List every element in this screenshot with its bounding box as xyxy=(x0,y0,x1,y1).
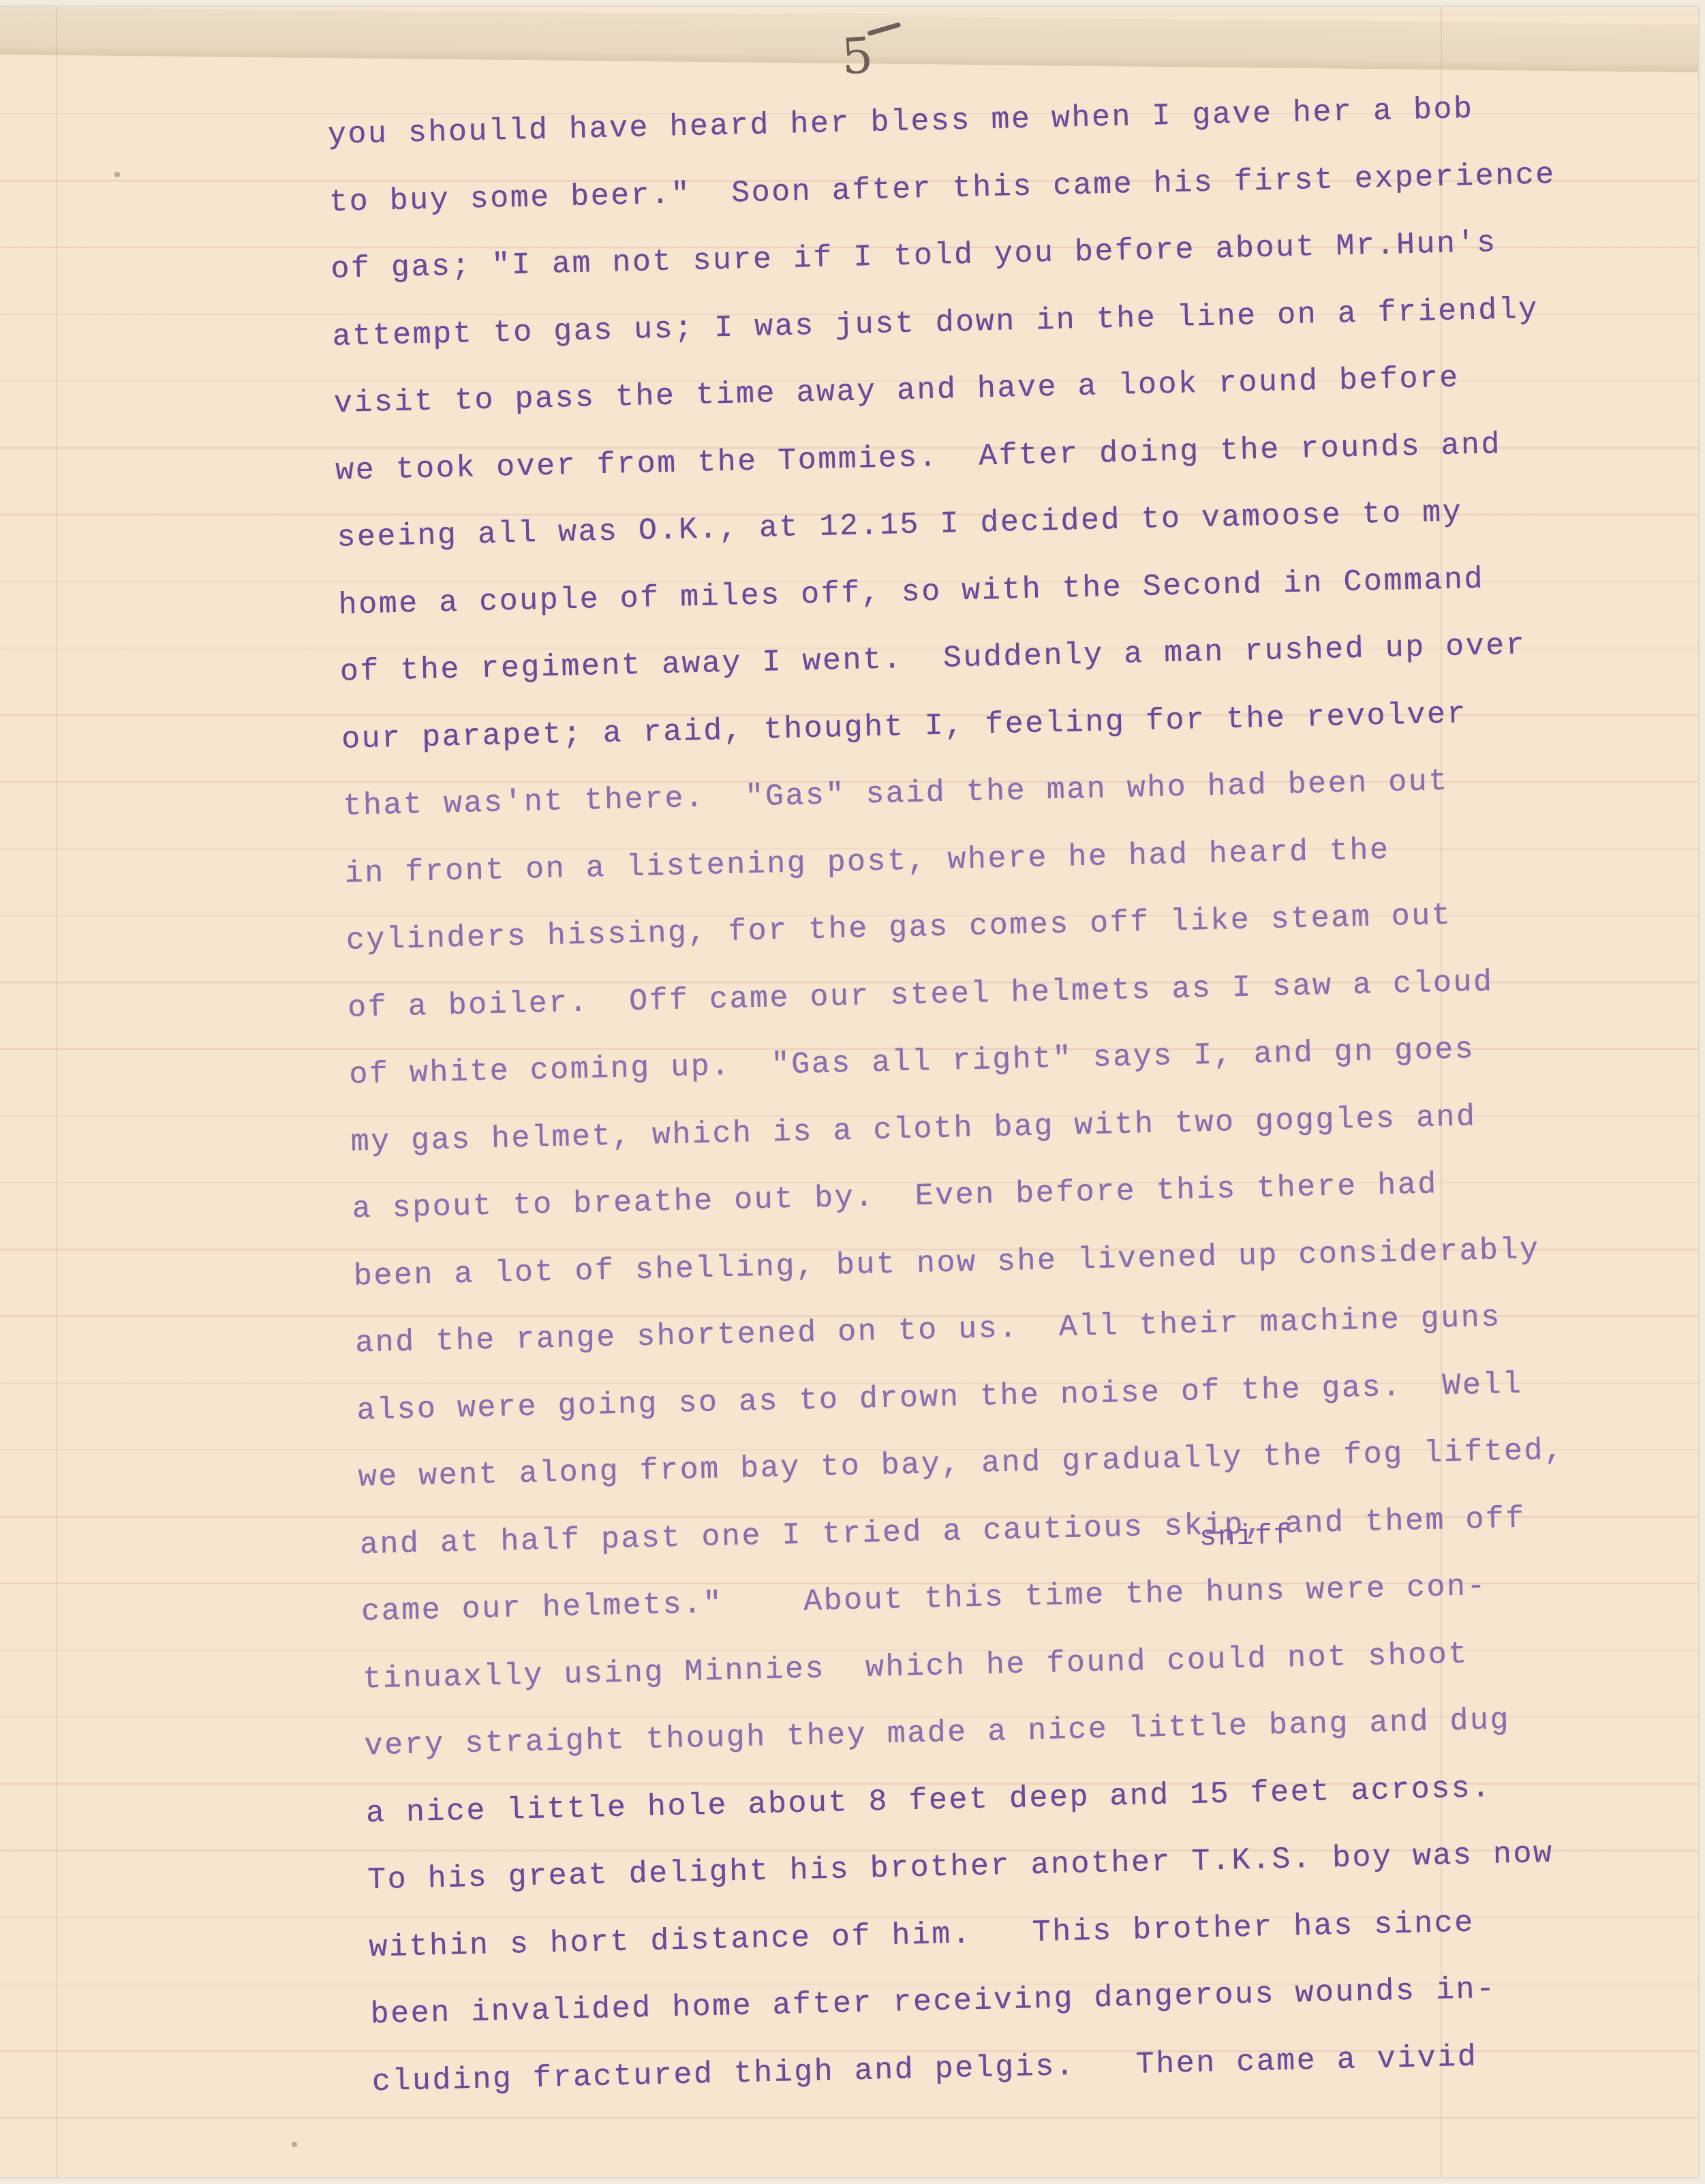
left-margin-line xyxy=(56,7,57,2177)
typed-text-body: you shoulld have heard her bless me when… xyxy=(327,73,1668,2116)
interlinear-correction: sniff xyxy=(1199,1519,1292,1553)
page-number: 5 xyxy=(840,27,875,86)
paper-speck xyxy=(114,172,120,177)
paper-speck xyxy=(292,2142,297,2147)
